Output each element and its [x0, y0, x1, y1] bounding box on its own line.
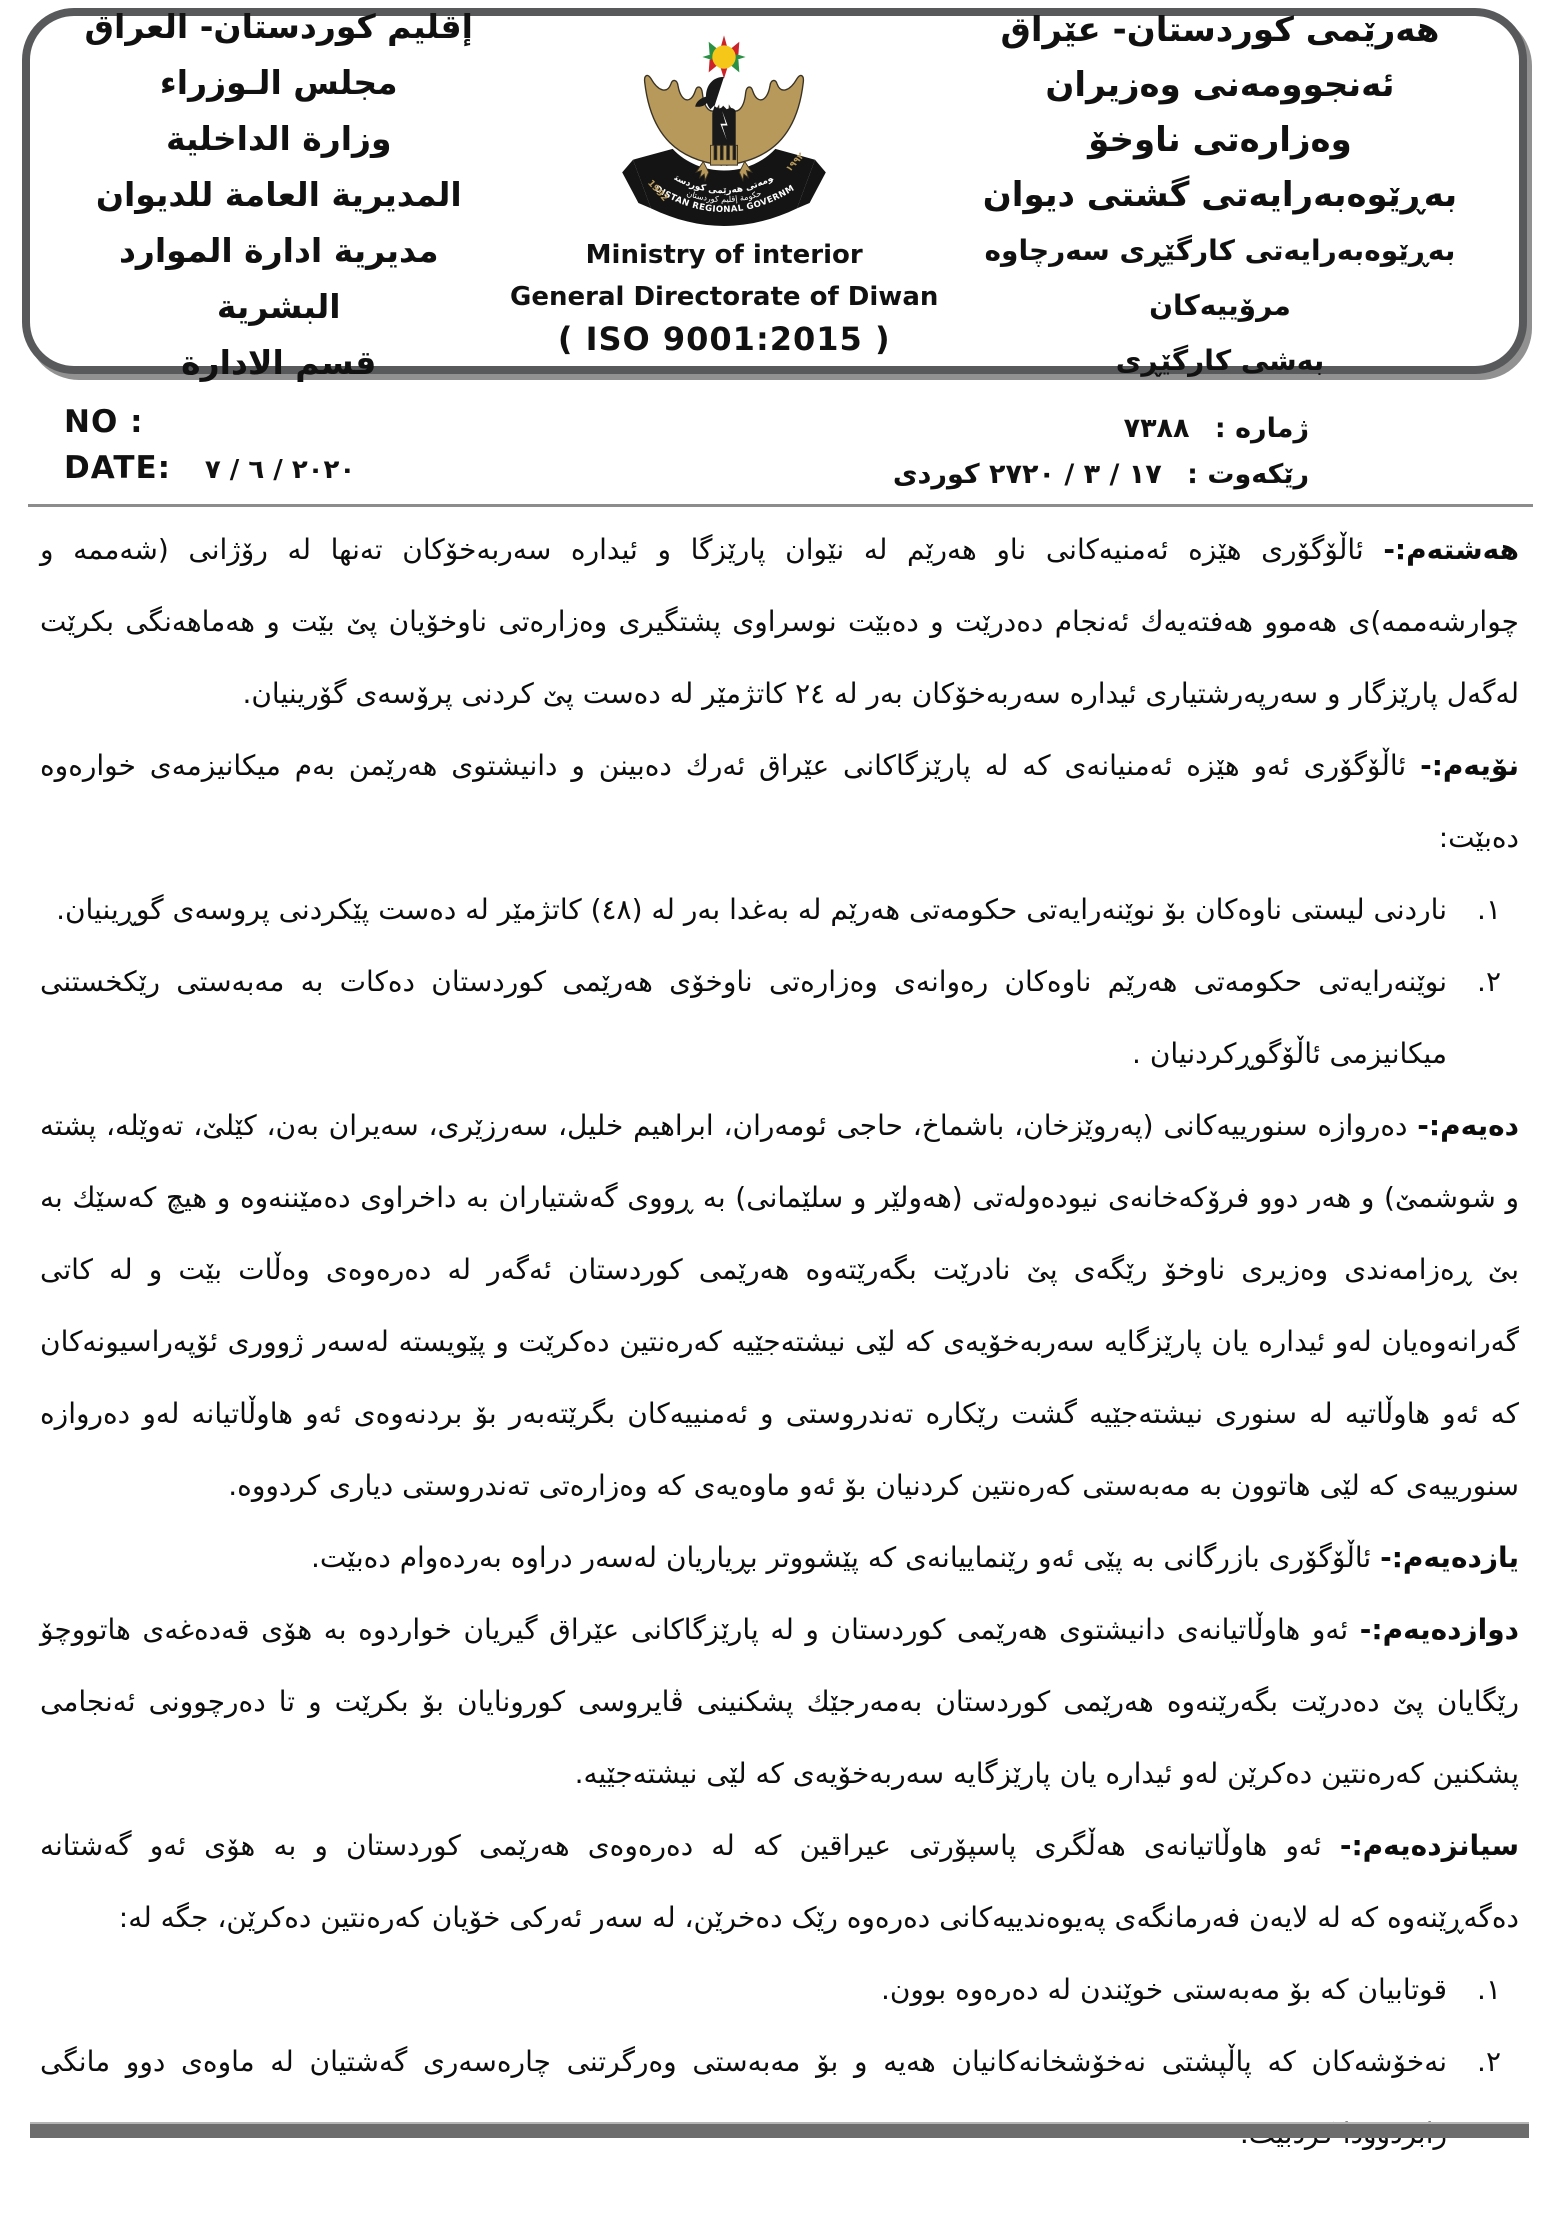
- list-item-text: نوێنەرایەتی حکومەتی هەرێم ناوەکان رەوانە…: [40, 946, 1447, 1090]
- list-item: ١. ناردنی لیستی ناوەکان بۆ نوێنەرایەتی ح…: [40, 874, 1501, 946]
- list-item-text: نەخۆشەکان که پاڵپشتی نەخۆشخانەکانیان هەی…: [40, 2026, 1447, 2170]
- document-body: هەشتەم:- ئاڵۆگۆری هێزه ئەمنیەکانی ناو هە…: [40, 514, 1519, 2170]
- iso-certification-line: ( ISO 9001:2015 ): [510, 318, 938, 360]
- clause-eleventh: یازدەیەم:- ئاڵۆگۆری بازرگانی به پێی ئەو …: [40, 1522, 1519, 1594]
- english-header-block: Ministry of interior General Directorate…: [510, 234, 938, 360]
- kurdish-header-line: بەڕێوەبەرایەتی کارگێڕی سەرچاوە مرۆییەکان: [947, 223, 1493, 333]
- clause-lead: دوازدەیەم:-: [1360, 1613, 1519, 1646]
- clause-lead: دەیەم:-: [1417, 1109, 1519, 1142]
- clause-twelfth: دوازدەیەم:- ئەو هاوڵاتیانەی دانیشتوی هەر…: [40, 1594, 1519, 1810]
- clause-thirteenth: سیانزدەیەم:- ئەو هاوڵاتیانەی هەڵگری پاسپ…: [40, 1810, 1519, 1954]
- clause-text: ئاڵۆگۆری هێزه ئەمنیەکانی ناو هەرێم له نێ…: [40, 533, 1519, 710]
- kurdish-reference-block: ژماره : ٧٣٨٨ رێکەوت : ١٧ / ٣ / ٢٧٢٠ کورد…: [893, 406, 1309, 498]
- clause-text: ئەو هاوڵاتیانەی دانیشتوی هەرێمی کوردستان…: [40, 1613, 1519, 1790]
- clause-text: ئاڵۆگۆری بازرگانی به پێی ئەو رێنماییانەی…: [311, 1541, 1380, 1574]
- list-item-number: ٢.: [1447, 2026, 1501, 2170]
- clause-tenth: دەیەم:- دەروازه سنورییەکانی (پەروێزخان، …: [40, 1090, 1519, 1522]
- clause-lead: هەشتەم:-: [1383, 533, 1519, 566]
- kurdish-date-value: ١٧ / ٣ / ٢٧٢٠: [989, 459, 1162, 490]
- kurdish-header-line: ئەنجوومەنی وەزیران: [1045, 58, 1394, 113]
- no-label: NO :: [64, 404, 144, 440]
- arabic-header-line: وزارة الداخلية: [166, 111, 392, 167]
- krg-emblem-icon: حكومەتى هەرێمى كوردستان حكومة إقليم كورد…: [615, 30, 833, 230]
- arabic-header-line: مديرية ادارة الموارد البشرية: [56, 223, 501, 335]
- reference-strip: NO : DATE: ٢٠٢٠ / ٦ / ٧ ژماره : ٧٣٨٨ رێک…: [0, 398, 1561, 504]
- directorate-line: General Directorate of Diwan: [510, 276, 938, 318]
- kurdish-header-block: هەرێمی کوردستان- عێراق ئەنجوومەنی وەزیرا…: [947, 30, 1493, 360]
- number-label: ژماره :: [1215, 413, 1309, 444]
- list-item: ٢. نەخۆشەکان که پاڵپشتی نەخۆشخانەکانیان …: [40, 2026, 1501, 2170]
- clause-lead: نۆیەم:-: [1420, 749, 1519, 782]
- document-page: إقليم كوردستان- العراق مجلس الـوزراء وزا…: [0, 0, 1561, 2234]
- number-value: ٧٣٨٨: [1124, 413, 1190, 444]
- kurdish-header-line: بەشی کارگێڕی: [1116, 333, 1324, 388]
- clause-lead: یازدەیەم:-: [1380, 1541, 1519, 1574]
- latin-reference-block: NO : DATE: ٢٠٢٠ / ٦ / ٧: [64, 404, 355, 486]
- ninth-clause-list: ١. ناردنی لیستی ناوەکان بۆ نوێنەرایەتی ح…: [40, 874, 1501, 1090]
- ministry-line: Ministry of interior: [510, 234, 938, 276]
- emblem-column: حكومەتى هەرێمى كوردستان حكومة إقليم كورد…: [501, 30, 946, 360]
- clause-ninth: نۆیەم:- ئاڵۆگۆری ئەو هێزه ئەمنیانەی که ل…: [40, 730, 1519, 874]
- list-item-text: قوتابیان که بۆ مەبەستی خوێندن له دەرەوه …: [40, 1954, 1447, 2026]
- arabic-header-block: إقليم كوردستان- العراق مجلس الـوزراء وزا…: [56, 30, 501, 360]
- list-item-text: ناردنی لیستی ناوەکان بۆ نوێنەرایەتی حکوم…: [40, 874, 1447, 946]
- kurdish-header-line: هەرێمی کوردستان- عێراق: [1000, 3, 1439, 58]
- header-divider-line: [28, 504, 1533, 507]
- arabic-header-line: مجلس الـوزراء: [160, 55, 398, 111]
- clause-lead: سیانزدەیەم:-: [1340, 1829, 1519, 1862]
- emblem-sun-icon: [703, 35, 746, 78]
- list-item-number: ١.: [1447, 874, 1501, 946]
- clause-text: دەروازه سنورییەکانی (پەروێزخان، باشماخ، …: [40, 1109, 1519, 1502]
- list-item-number: ١.: [1447, 1954, 1501, 2026]
- list-item: ١. قوتابیان که بۆ مەبەستی خوێندن له دەرە…: [40, 1954, 1501, 2026]
- list-item: ٢. نوێنەرایەتی حکومەتی هەرێم ناوەکان رەو…: [40, 946, 1501, 1090]
- letterhead-box: إقليم كوردستان- العراق مجلس الـوزراء وزا…: [22, 8, 1527, 374]
- kurdish-header-line: بەڕێوەبەرایەتی گشتی دیوان: [983, 168, 1457, 223]
- date-value: ٢٠٢٠ / ٦ / ٧: [205, 455, 355, 485]
- footer-divider-bar: [30, 2122, 1529, 2138]
- arabic-header-line: إقليم كوردستان- العراق: [85, 0, 473, 55]
- kurdish-date-label: رێکەوت :: [1187, 459, 1309, 490]
- arabic-header-line: المديرية العامة للديوان: [96, 167, 462, 223]
- date-label: DATE:: [64, 450, 171, 486]
- clause-text: ئەو هاوڵاتیانەی هەڵگری پاسپۆرتی عیراقین …: [40, 1829, 1519, 1934]
- kurdish-date-suffix: کوردی: [893, 459, 980, 490]
- clause-text: ئاڵۆگۆری ئەو هێزه ئەمنیانەی که له پارێزگ…: [40, 749, 1519, 854]
- kurdish-header-line: وەزارەتی ناوخۆ: [1088, 113, 1352, 168]
- list-item-number: ٢.: [1447, 946, 1501, 1090]
- arabic-header-line: قسم الادارة: [181, 335, 376, 391]
- clause-eighth: هەشتەم:- ئاڵۆگۆری هێزه ئەمنیەکانی ناو هە…: [40, 514, 1519, 730]
